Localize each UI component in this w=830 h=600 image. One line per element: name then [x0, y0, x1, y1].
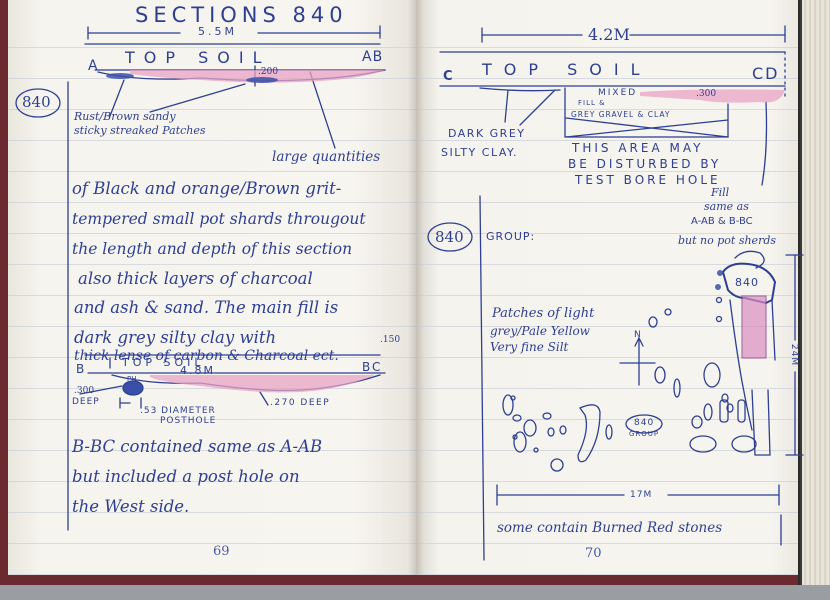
margin-label-840: 840: [22, 93, 51, 111]
section-c-top-label: TOP SOIL: [482, 60, 651, 79]
section-c-length: 4.2M: [588, 25, 630, 44]
section-c-end-label: CD: [752, 64, 780, 83]
section-a-depth: .200: [258, 67, 278, 77]
gravel-label: GREY GRAVEL & CLAY: [571, 110, 670, 119]
fill-same-note-2: same as: [704, 200, 749, 213]
disturbed-note-1: THIS AREA MAY: [572, 141, 703, 155]
fill-label: FILL &: [578, 99, 606, 107]
disturbed-note-3: TEST BORE HOLE: [575, 173, 721, 187]
section-a-top-label: TOP SOIL: [125, 48, 270, 67]
height-dimension: 24M: [789, 344, 799, 366]
body-line: and ash & sand. The main fill is: [74, 293, 338, 324]
section-b-end-label: BC: [362, 360, 382, 374]
section-b-start-label: B: [76, 362, 87, 376]
section-a-note-1: Rust/Brown sandy: [74, 110, 176, 123]
silt-note-2: grey/Pale Yellow: [490, 324, 590, 338]
section-a-note-2: sticky streaked Patches: [74, 124, 206, 137]
width-dimension: 17M: [630, 490, 652, 500]
section-b-length: 4.8M: [180, 364, 215, 377]
body-line: the length and depth of this section: [72, 234, 352, 265]
group-heading: GROUP:: [486, 230, 535, 243]
posthole-diameter-label: POSTHOLE: [160, 416, 216, 426]
disturbed-note-2: BE DISTURBED BY: [568, 157, 721, 171]
feature-label-840: 840: [735, 276, 759, 289]
sections-title: SECTIONS 840: [135, 3, 348, 27]
body-depth-note: .150: [380, 335, 400, 345]
footer-note: some contain Burned Red stones: [497, 520, 722, 536]
section-a-length: 5.5M: [198, 25, 237, 38]
group-label: GROUP: [629, 430, 659, 438]
section-a-end-label: AB: [362, 49, 383, 65]
dark-grey-note-1: DARK GREY: [448, 127, 526, 140]
body-line: thick lense of carbon & Charcoal ect.: [74, 346, 339, 366]
section-c-depth: .300: [696, 89, 716, 99]
fill-same-note-1: Fill: [711, 186, 729, 199]
fill-same-note-3: A-AB & B-BC: [691, 216, 753, 227]
section-b-right-depth: .270 DEEP: [270, 398, 330, 408]
silt-note-1: Patches of light: [492, 306, 594, 321]
section-b-left-depth: .300: [74, 386, 94, 396]
closing-line: B-BC contained same as A-AB: [72, 432, 322, 463]
fill-same-note-4: but no pot sherds: [678, 234, 776, 247]
section-a-start-label: A: [88, 58, 101, 74]
silt-note-3: Very fine Silt: [490, 340, 568, 354]
body-line: of Black and orange/Brown grit-: [72, 174, 341, 205]
section-a-note-3: large quantities: [272, 149, 380, 165]
posthole-label: PH: [127, 375, 137, 383]
mixed-label: MIXED: [598, 88, 637, 98]
closing-line: but included a post hole on: [72, 462, 300, 493]
group-label-840: 840: [634, 418, 654, 428]
dark-grey-note-2: SILTY CLAY.: [441, 146, 518, 159]
section-b-left-depth-deep: DEEP: [72, 397, 100, 407]
closing-line: the West side.: [72, 492, 189, 523]
body-line: also thick layers of charcoal: [78, 264, 313, 295]
north-arrow-label: N: [634, 330, 641, 340]
book-spine: [408, 0, 424, 575]
posthole-diameter: .53 DIAMETER: [140, 406, 216, 416]
group-margin-label-840: 840: [435, 228, 464, 246]
section-c-start-label: C: [443, 69, 456, 84]
body-line: tempered small pot shards througout: [72, 204, 366, 235]
